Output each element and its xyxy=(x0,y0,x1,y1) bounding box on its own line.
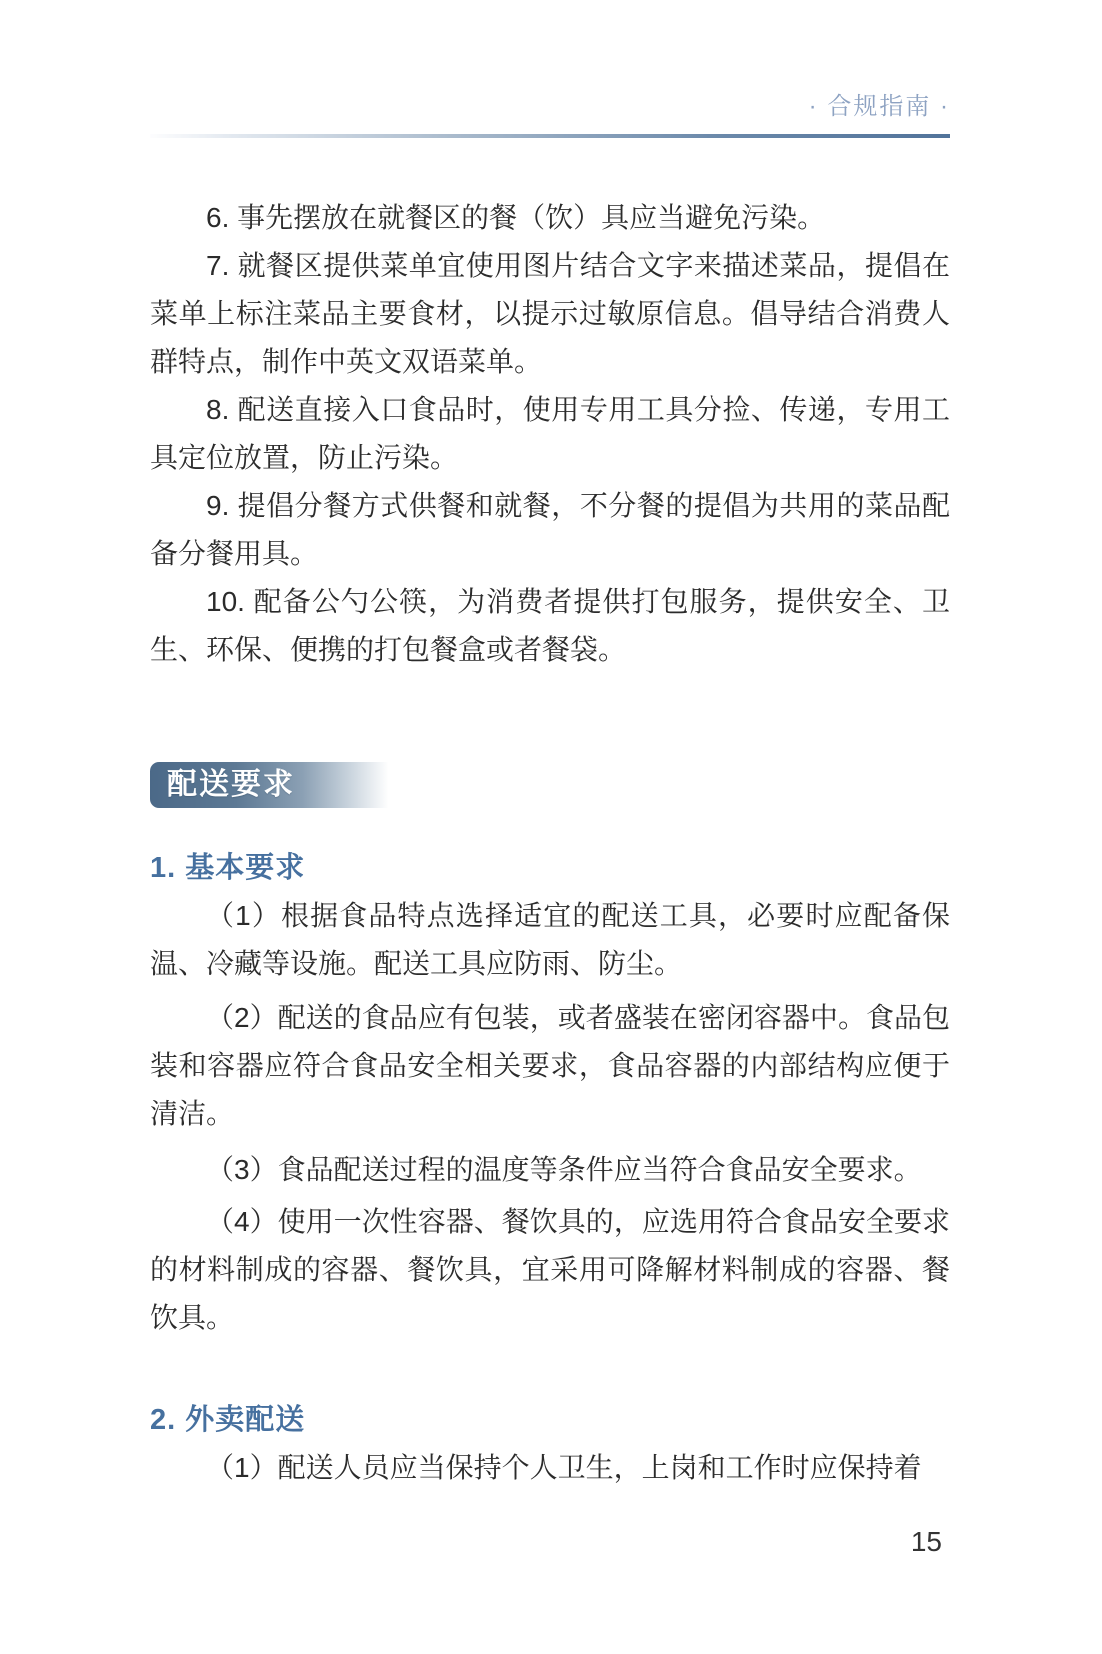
page-body: 6. 事先摆放在就餐区的餐（饮）具应当避免污染。 7. 就餐区提供菜单宜使用图片… xyxy=(150,194,950,1492)
subsection-heading-basic-requirements: 1. 基本要求 xyxy=(150,844,950,892)
paragraph-item-6: 6. 事先摆放在就餐区的餐（饮）具应当避免污染。 xyxy=(150,194,950,242)
section-badge-label: 配送要求 xyxy=(167,770,295,800)
paragraph-item-7: 7. 就餐区提供菜单宜使用图片结合文字来描述菜品，提倡在菜单上标注菜品主要食材，… xyxy=(150,242,950,386)
basic-req-paragraph-4: （4）使用一次性容器、餐饮具的，应选用符合食品安全要求的材料制成的容器、餐饮具，… xyxy=(150,1198,950,1342)
paragraph-item-8: 8. 配送直接入口食品时，使用专用工具分捡、传递，专用工具定位放置，防止污染。 xyxy=(150,386,950,482)
basic-req-paragraph-1: （1）根据食品特点选择适宜的配送工具，必要时应配备保温、冷藏等设施。配送工具应防… xyxy=(150,892,950,988)
basic-req-paragraph-2: （2）配送的食品应有包装，或者盛装在密闭容器中。食品包装和容器应符合食品安全相关… xyxy=(150,994,950,1138)
running-head-title: · 合规指南 · xyxy=(150,0,950,122)
header-divider-rule xyxy=(150,134,950,138)
basic-req-paragraph-3: （3）食品配送过程的温度等条件应当符合食品安全要求。 xyxy=(150,1146,950,1194)
paragraph-item-10: 10. 配备公勺公筷，为消费者提供打包服务，提供安全、卫生、环保、便携的打包餐盒… xyxy=(150,578,950,674)
page-content: · 合规指南 · 6. 事先摆放在就餐区的餐（饮）具应当避免污染。 7. 就餐区… xyxy=(150,0,950,1562)
takeout-paragraph-1: （1）配送人员应当保持个人卫生，上岗和工作时应保持着 xyxy=(150,1444,950,1492)
section-badge-delivery-requirements: 配送要求 xyxy=(150,762,396,808)
subsection-heading-takeout-delivery: 2. 外卖配送 xyxy=(150,1396,950,1444)
page-footer: 15 xyxy=(150,1522,950,1562)
document-page: · 合规指南 · 6. 事先摆放在就餐区的餐（饮）具应当避免污染。 7. 就餐区… xyxy=(0,0,1102,1654)
page-header: · 合规指南 · xyxy=(150,0,950,138)
page-number: 15 xyxy=(150,1522,950,1562)
paragraph-item-9: 9. 提倡分餐方式供餐和就餐，不分餐的提倡为共用的菜品配备分餐用具。 xyxy=(150,482,950,578)
